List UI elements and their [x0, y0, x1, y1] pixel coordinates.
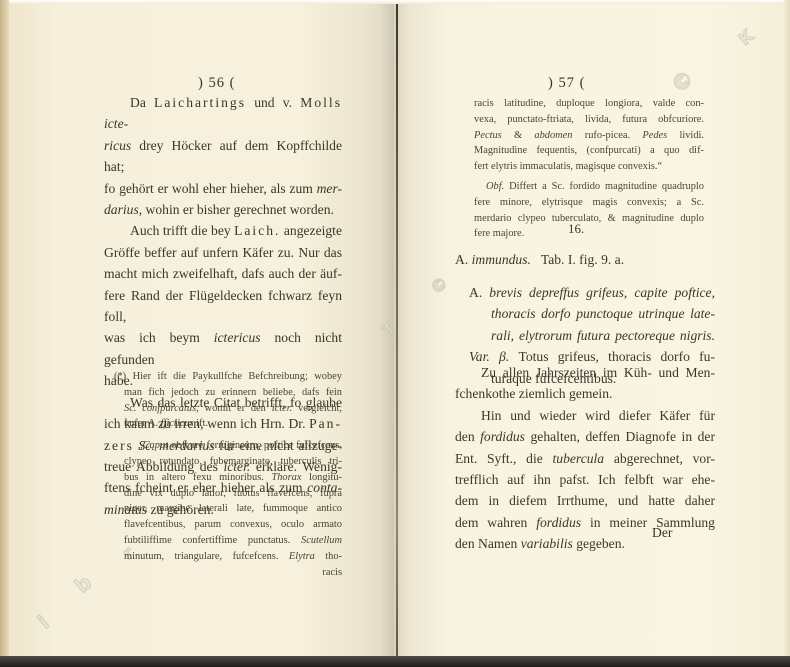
text-line: dem in diefem Irrthume, und hatte daher [455, 490, 715, 511]
text-line: Sc. confpurcatus, womit er den icter. ve… [114, 401, 342, 417]
text-line: Hin und wieder wird diefer Käfer für [455, 405, 715, 426]
text-line: rali, elytrorum futura pectoreque nigris… [469, 325, 715, 346]
text-line: dine vix duplo latior, fubtus flavefcens… [114, 486, 342, 502]
text-line: fere Rand der Flügeldecken fchwarz feyn … [104, 285, 342, 328]
footnote-quote: „Caput obfcure ferrugineum, poftice fufc… [114, 438, 342, 580]
text-line: clypeo rotundato, fubemarginato, tubercu… [114, 454, 342, 470]
text-line: fert elytris immaculatis, magisque conve… [474, 159, 704, 175]
catchword-right: Der [652, 522, 672, 543]
text-line: Zu allen Jahrszeiten im Küh- und Men- [455, 362, 715, 383]
text-line: Magnitudine fequentis, (confpurcati) a q… [474, 143, 704, 159]
text-line: niger, margine laterali late, fummoque a… [114, 501, 342, 517]
left-page-edge [0, 0, 9, 660]
page-number-right: ) 57 ( [548, 75, 585, 92]
continued-footnote: racis latitudine, duploque longiora, val… [474, 96, 704, 242]
text-line: fo gehört er wohl eher hieher, als zum m… [104, 178, 342, 199]
text-line: thoracis dorfo punctoque utrinque late- [469, 303, 715, 324]
text-line: macht mich zweifelhaft, dafs auch der äu… [104, 263, 342, 284]
text-line: ricus drey Höcker auf dem Kopffchilde ha… [104, 135, 342, 178]
text-line: A. brevis depreffus grifeus, capite poft… [469, 282, 715, 303]
paragraph: Da Laichartings und v. Molls icte-ricus … [104, 92, 342, 220]
text-line: Gröffe beffer auf unfern Käfer zu. Nur d… [104, 242, 342, 263]
paragraph: Zu allen Jahrszeiten im Küh- und Men-fch… [455, 362, 715, 405]
catchword-left: racis [114, 565, 342, 581]
text-line: Ent. Syft., die tubercula abgerechnet, v… [455, 448, 715, 469]
text-line: trefflich auf ihn pafst. Ich felbft war … [455, 469, 715, 490]
text-line: Auch trifft die bey Laich. angezeigte [104, 220, 342, 241]
observation-note: Obf. Differt a Sc. fordido magnitudine q… [474, 179, 704, 242]
text-line: flavefcentibus, parum convexus, oculo ar… [114, 517, 342, 533]
text-line: racis latitudine, duploque longiora, val… [474, 96, 704, 112]
bottom-edge [0, 656, 790, 667]
text-line: fubtiliffime confertiffime punctatus. Sc… [114, 533, 342, 549]
text-line: unfer A. fficticus ift. [114, 416, 342, 432]
text-line: man fich jedoch zu erinnern beliebe, daf… [114, 385, 342, 401]
text-line: vexa, punctato-ftriata, livida, futura o… [474, 112, 704, 128]
footnote-intro: (*) Hier ift die Paykullfche Befchreibun… [114, 369, 342, 432]
text-line: den Namen variabilis gegeben. [455, 533, 715, 554]
paragraph: Auch trifft die bey Laich. angezeigteGrö… [104, 220, 342, 391]
right-page-body: Zu allen Jahrszeiten im Küh- und Men-fch… [455, 362, 715, 555]
text-line: Obf. Differt a Sc. fordido magnitudine q… [474, 179, 704, 195]
text-line: den fordidus gehalten, deffen Diagnofe i… [455, 426, 715, 447]
paragraph: Hin und wieder wird diefer Käfer fürden … [455, 405, 715, 555]
text-line: „Caput obfcure ferrugineum, poftice fufc… [114, 438, 342, 454]
text-line: fere majore. [474, 226, 704, 242]
text-line: fere minore, elytrisque magis convexis; … [474, 195, 704, 211]
text-line: dem wahren fordidus in meiner Sammlung [455, 512, 715, 533]
text-line: A. immundus. Tab. I. fig. 9. a. [455, 249, 715, 270]
right-page-edge [784, 0, 790, 660]
text-line: Pectus & abdomen rufo-picea. Pedes livid… [474, 128, 704, 144]
text-line: was ich beym ictericus noch nicht gefund… [104, 327, 342, 370]
section-number: 16. [568, 221, 584, 237]
book-spread: K © © T r b i ) 56 ( Da Laichartings und… [0, 0, 790, 660]
text-line: bus in altero fexu minoribus. Thorax lon… [114, 470, 342, 486]
footnote: (*) Hier ift die Paykullfche Befchreibun… [114, 369, 342, 580]
text-line: fchenkothe ziemlich gemein. [455, 383, 715, 404]
text-line: minutum, triangulare, fufcefcens. Elytra… [114, 549, 342, 565]
page-number-left: ) 56 ( [198, 75, 235, 92]
species-heading: A. immundus. Tab. I. fig. 9. a. [455, 249, 715, 270]
text-line: merdario clypeo tuberculato, & magnitudi… [474, 211, 704, 227]
text-line: Da Laichartings und v. Molls icte- [104, 92, 342, 135]
footnote-continuation: racis latitudine, duploque longiora, val… [474, 96, 704, 175]
text-line: (*) Hier ift die Paykullfche Befchreibun… [114, 369, 342, 385]
text-line: darius, wohin er bisher gerechnet worden… [104, 199, 342, 220]
top-edge [0, 0, 790, 4]
